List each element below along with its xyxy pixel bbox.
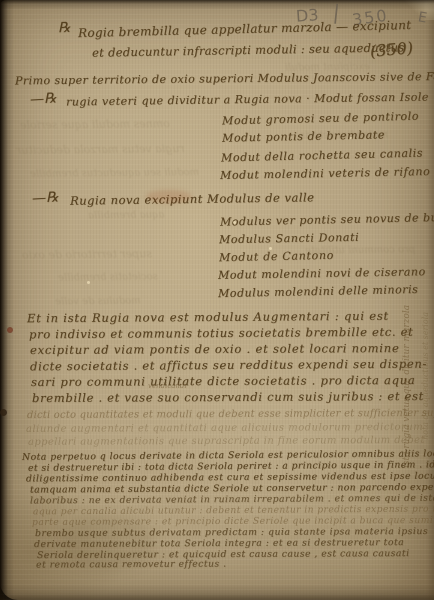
paragraph-a-line: excipitur ad viam pontis de oxio . et so… xyxy=(30,341,400,357)
paragraph-mark-icon: —℞ xyxy=(30,90,57,107)
paragraph-a-line: brembille . et vase suo conservandi cum … xyxy=(32,389,424,405)
paragraph-a-line: Et in ista Rugia nova est modulus Augmen… xyxy=(27,309,389,326)
margin-note-vertical: ista rugia vetus que dicitur marzola xyxy=(402,305,412,468)
bleedthrough-text: societatis brembille xyxy=(58,271,158,283)
interlinear-addition: vendicandi xyxy=(148,382,187,390)
bleedthrough-text: aqua brembilla xyxy=(88,210,165,222)
rugia-vetus-intro: rugia veteri que dividitur a Rugia nova … xyxy=(66,90,429,108)
modulus-list-item: Modulus ver pontis seu novus de bulario xyxy=(220,210,434,228)
heading-line-2: et deducuntur infrascripti moduli : seu … xyxy=(92,40,405,59)
bleedthrough-text: super territorio de oxio xyxy=(22,247,152,261)
modulus-list-item: Modulus molendini delle minoris xyxy=(218,283,419,300)
paragraph-mark-icon: —℞ xyxy=(32,189,59,206)
paragraph-a-line: sari pro communi utilitate dicte societa… xyxy=(31,373,416,389)
manuscript-page: omnes moduli aque seriole rugia vetus ma… xyxy=(0,0,434,600)
bleedthrough-text: rugia vetus marzola deducitur xyxy=(16,142,185,157)
paragraph-a-faded-line: dicti octo quantitates et moduli que deb… xyxy=(27,408,434,421)
paragraph-a-faded-line: aliunde augmentari et quantitati aque al… xyxy=(26,422,423,435)
primo-line: Primo super territorio de oxio superiori… xyxy=(15,70,434,88)
modulus-list-item: Modut molendini veteris de rifano xyxy=(220,165,431,182)
paragraph-b-line: et remota causa removetur effectus . xyxy=(36,559,227,571)
modulus-list-item: Modut de Cantono xyxy=(219,249,334,264)
bleedthrough-text: modulus de valle xyxy=(55,296,141,308)
paragraph-a-faded-line: appellari augmentationis que suprascript… xyxy=(28,435,425,448)
modulus-list-item: Modut gromosi seu de pontirolo xyxy=(222,110,419,128)
modulus-list-item: Modut pontis de brembate xyxy=(222,128,385,144)
paragraph-a-line: pro indiviso et communis totius societat… xyxy=(29,325,414,342)
paragraph-mark-icon: ℞ xyxy=(58,20,71,36)
bottom-edge-shadow xyxy=(0,584,434,600)
modulus-list-item: Modut molendini novi de ciserano xyxy=(218,265,426,282)
bleedthrough-text: omnes moduli aque seriole xyxy=(20,117,170,132)
bleedthrough-text: moduli seu aqueductus brembille xyxy=(30,167,199,180)
manuscript-photo: { "manuscript": { "pencil": { "shelfmark… xyxy=(0,0,434,600)
binding-edge-shadow xyxy=(0,0,14,600)
modulus-list-item: Modut della rochetta seu canalis xyxy=(221,147,423,165)
paragraph-a-line: dicte societatis . et affictus seu reddi… xyxy=(30,357,427,374)
rugia-nova-intro: Rugia nova excipiunt Modulus de valle xyxy=(70,190,315,207)
modulus-list-item: Modulus Sancti Donati xyxy=(219,231,359,246)
heading-line-1: Rogia brembilla que appellatur marzola —… xyxy=(78,18,412,40)
margin-note-vertical: nota de aqueductibus et seriola xyxy=(421,312,430,440)
ink-folio-number: (350) xyxy=(369,38,414,61)
